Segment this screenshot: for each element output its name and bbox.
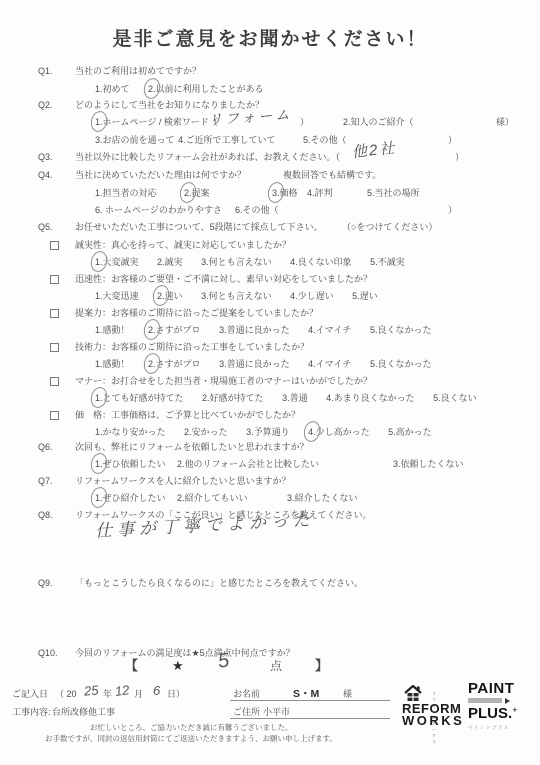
q5-row5-option-1-circled: 1.とても好感が持てた bbox=[95, 392, 184, 404]
brush-stroke-icon bbox=[468, 698, 502, 703]
checkbox-icon bbox=[50, 411, 59, 420]
q5-row3-option-2-circled: 2.さすがプロ bbox=[148, 324, 201, 336]
q7-option-2: 2.紹介してもいい bbox=[177, 492, 248, 504]
q5-row3-option-5: 5.良くなかった bbox=[370, 325, 432, 335]
q7-number: Q7. bbox=[38, 475, 53, 487]
q5-row6-options: 1.かなり安かった 2.安かった 3.予算通り 4.少し高かった 5.高かった bbox=[95, 426, 540, 438]
q5-row1-option-3: 3.何とも言えない bbox=[201, 257, 272, 267]
paint-plus-line1: PAINT bbox=[468, 682, 517, 696]
q5-row2-options: 1.大変迅速 2.速い 3.何とも言えない 4.少し遅い 5.遅い bbox=[95, 290, 540, 302]
q5-row4-option-3: 3.普通に良かった bbox=[219, 359, 290, 369]
q4-option-3-circled: 3.価格 bbox=[272, 187, 298, 199]
reform-works-line2: WORKS bbox=[402, 713, 464, 728]
q5-note: （○をつけてください） bbox=[342, 221, 437, 233]
q2-options-row-1: 1.ホームページ / 検索ワード（ リフォーム ） 2.知人のご紹介（ 様） bbox=[0, 116, 540, 128]
q5-row4-options: 1.感動！ 2.さすがプロ 3.普通に良かった 4.イマイチ 5.良くなかった bbox=[95, 358, 540, 370]
checkbox-icon bbox=[50, 241, 59, 250]
q10-number: Q10. bbox=[38, 647, 58, 659]
q5-row6-option-2: 2.安かった bbox=[184, 427, 228, 437]
q5-row4-label: 技術力：お客様のご期待に沿った工事をしていましたか？ bbox=[75, 341, 309, 353]
date-year-unit: 年 bbox=[103, 688, 112, 700]
arrow-right-icon bbox=[505, 698, 510, 704]
q5-row1-option-1-circled: 1.大変誠実 bbox=[95, 256, 139, 268]
q7-text: リフォームワークスを人に紹介したいと思いますか？ bbox=[75, 475, 290, 487]
name-suffix: 様 bbox=[343, 688, 352, 700]
q6-number: Q6. bbox=[38, 441, 53, 453]
survey-scan-page: 是非ご意見をお聞かせください！ Q1. 当社のご利用は初めてですか？ 1.初めて… bbox=[0, 0, 540, 765]
q7-option-3: 3.紹介したくない bbox=[287, 492, 358, 504]
date-label: ご記入日 bbox=[12, 688, 48, 700]
q9-text: 「もっとこうしたら良くなるのに」と感じたところを教えてください。 bbox=[75, 577, 363, 589]
q6-option-1-circled: 1.ぜひ依頼したい bbox=[95, 458, 166, 470]
q5-row1-label: 誠実性：真心を持って、誠実に対応していましたか？ bbox=[75, 239, 291, 251]
q3-handwritten-answer: 他2社 bbox=[351, 143, 396, 160]
reform-works-logo: リフォームワークス REFORM WORKS bbox=[402, 684, 428, 707]
q5-row4-option-1: 1.感動！ bbox=[95, 359, 130, 369]
q5-row4-option-2-circled: 2.さすがプロ bbox=[148, 358, 201, 370]
q5-row2-option-2-circled: 2.速い bbox=[157, 290, 183, 302]
checkbox-icon bbox=[50, 377, 59, 386]
paint-plus-line2: PLUS. bbox=[468, 705, 512, 722]
q4-note: 複数回答でも結構です。 bbox=[283, 169, 381, 181]
work-value: 台所改修他工事 bbox=[52, 706, 115, 718]
q2-number: Q2. bbox=[38, 99, 53, 111]
q3-close-paren: ） bbox=[455, 151, 464, 163]
q5-row1-option-5: 5.不誠実 bbox=[370, 257, 405, 267]
q6-text: 次回も、弊社にリフォームを依頼したいと思われますか？ bbox=[75, 441, 309, 453]
house-icon bbox=[402, 684, 428, 702]
date-open: （ 20 bbox=[55, 688, 77, 700]
q4-number: Q4. bbox=[38, 169, 53, 181]
q5-row6-option-3: 3.予算通り bbox=[246, 427, 290, 437]
page-title: 是非ご意見をお聞かせください！ bbox=[0, 24, 540, 51]
q2-option-5: 5.その他（ bbox=[303, 134, 347, 146]
q1-option-2-circled: 2.以前に利用したことがある bbox=[148, 83, 264, 95]
q5-row6-option-1: 1.かなり安かった bbox=[95, 427, 166, 437]
q10-open-bracket: 【 bbox=[125, 660, 138, 672]
q5-text: お任せいただいた工事について、5段階にて採点して下さい。 bbox=[75, 221, 323, 233]
q10-handwritten-score: 5 bbox=[217, 654, 230, 667]
date-month-handwritten: 12 bbox=[114, 684, 130, 698]
q5-row5-option-4: 4.あまり良くなかった bbox=[326, 393, 415, 403]
q5-row5-label: マナー：お打合せをした担当者・現場施工者のマナーはいかがでしたか？ bbox=[75, 375, 372, 387]
q5-row1-option-4: 4.良くない印象 bbox=[290, 257, 352, 267]
q2-option-1-circled: 1.ホームページ / 検索ワード（ bbox=[95, 116, 218, 128]
q4-option-2-circled: 2.提案 bbox=[184, 187, 210, 199]
work-label: 工事内容: bbox=[12, 706, 51, 718]
checkbox-icon bbox=[50, 275, 59, 284]
paint-plus-brush-bar bbox=[468, 697, 517, 704]
paint-plus-logo: PAINT PLUS.+ ペイントプラス bbox=[468, 682, 517, 731]
q5-row5-option-2: 2.好感が持てた bbox=[202, 393, 264, 403]
q6-options-row: 1.ぜひ依頼したい 2.他のリフォーム会社と比較したい 3.依頼したくない bbox=[0, 458, 540, 470]
q2-option-2: 2.知人のご紹介（ bbox=[343, 116, 414, 128]
q4-option-1: 1.担当者の対応 bbox=[95, 187, 157, 199]
q10-close-bracket: 】 bbox=[315, 660, 328, 672]
q5-row3-options: 1.感動！ 2.さすがプロ 3.普通に良かった 4.イマイチ 5.良くなかった bbox=[95, 324, 540, 336]
q4-option-5: 5.当社の場所 bbox=[367, 187, 420, 199]
date-day-handwritten: 6 bbox=[153, 685, 160, 697]
name-value: S・M bbox=[293, 688, 319, 700]
q2-option-5-close: ） bbox=[448, 134, 457, 146]
thanks-line-2: お手数ですが、同封の返信用封筒にてご返送いただきますよう、お願い申し上げます。 bbox=[45, 733, 540, 745]
q5-row6-label: 価 格：工事価格は、ご予算と比べていかがでしたか？ bbox=[75, 409, 300, 421]
q9-number: Q9. bbox=[38, 577, 53, 589]
q5-row3-option-3: 3.普通に良かった bbox=[219, 325, 290, 335]
q1-option-1: 1.初めて bbox=[95, 84, 130, 94]
q4-option-7: 6.その他（ bbox=[235, 204, 279, 216]
q5-row5-option-3: 3.普通 bbox=[282, 393, 308, 403]
q10-text: 今回のリフォームの満足度は★5点満点中何点ですか？ bbox=[75, 647, 295, 659]
paint-plus-kana: ペイントプラス bbox=[468, 725, 517, 731]
q5-row2-label: 迅速性：お客様のご要望・ご不満に対し、素早い対応をしていましたか？ bbox=[75, 273, 372, 285]
q1-options-row: 1.初めて 2.以前に利用したことがある bbox=[95, 83, 540, 95]
star-icon: ★ bbox=[172, 660, 184, 672]
address-value: 小平市 bbox=[263, 706, 290, 718]
q6-option-3: 3.依頼したくない bbox=[393, 458, 464, 470]
q5-row5-option-5: 5.良くない bbox=[433, 393, 477, 403]
q5-number: Q5. bbox=[38, 221, 53, 233]
q4-option-4: 4.評判 bbox=[307, 187, 333, 199]
q1-text: 当社のご利用は初めてですか？ bbox=[75, 65, 201, 77]
date-year-handwritten: 25 bbox=[84, 684, 99, 697]
q5-row3-option-1: 1.感動！ bbox=[95, 325, 130, 335]
q7-option-1-circled: 1.ぜひ紹介したい bbox=[95, 492, 166, 504]
q2-option-2-close: 様） bbox=[496, 116, 514, 128]
checkbox-icon bbox=[50, 309, 59, 318]
q2-handwritten-keyword: リフォーム bbox=[208, 108, 293, 126]
q4-text: 当社に決めていただいた理由は何ですか？ bbox=[75, 169, 246, 181]
q6-option-2: 2.他のリフォーム会社と比較したい bbox=[177, 458, 319, 470]
q2-option-4: 4.ご近所で工事していて bbox=[178, 134, 276, 146]
q7-options-row: 1.ぜひ紹介したい 2.紹介してもいい 3.紹介したくない bbox=[0, 492, 540, 504]
q10-unit: 点 bbox=[270, 660, 282, 672]
q4-options-row-1: 1.担当者の対応 2.提案 3.価格 4.評判 5.当社の場所 bbox=[0, 187, 540, 199]
date-day-unit: 日） bbox=[167, 688, 185, 700]
q5-row1-option-2: 2.誠実 bbox=[157, 257, 183, 267]
q5-row1-options: 1.大変誠実 2.誠実 3.何とも言えない 4.良くない印象 5.不誠実 bbox=[95, 256, 540, 268]
address-underline bbox=[230, 718, 390, 719]
q2-option-3: 3.お店の前を通って bbox=[95, 134, 175, 146]
address-label: ご住所 bbox=[233, 706, 260, 718]
q2-option-1-close: ） bbox=[300, 116, 309, 128]
q5-row5-options: 1.とても好感が持てた 2.好感が持てた 3.普通 4.あまり良くなかった 5.… bbox=[95, 392, 540, 404]
q5-row2-option-4: 4.少し遅い bbox=[290, 291, 334, 301]
paint-plus-line2-wrap: PLUS.+ bbox=[468, 705, 517, 723]
q4-option-7-close: ） bbox=[448, 204, 457, 216]
q1-number: Q1. bbox=[38, 65, 53, 77]
date-month-unit: 月 bbox=[134, 688, 143, 700]
q5-row2-option-1: 1.大変迅速 bbox=[95, 291, 139, 301]
q5-row6-option-5: 5.高かった bbox=[388, 427, 432, 437]
q5-row3-label: 提案力：お客様のご期待に沿ったご提案をしていましたか？ bbox=[75, 307, 318, 319]
q5-row2-option-3: 3.何とも言えない bbox=[201, 291, 272, 301]
checkbox-icon bbox=[50, 343, 59, 352]
q5-row3-option-4: 4.イマイチ bbox=[308, 325, 351, 335]
q3-number: Q3. bbox=[38, 151, 53, 163]
q5-row4-option-5: 5.良くなかった bbox=[370, 359, 432, 369]
q8-number: Q8. bbox=[38, 509, 53, 521]
name-underline bbox=[230, 700, 390, 701]
q3-text: 当社以外に比較したリフォーム会社があれば、お教えください。（ bbox=[75, 151, 340, 163]
name-label: お名前 bbox=[233, 688, 260, 700]
q4-option-6: 6. ホームページのわかりやすさ bbox=[95, 204, 222, 216]
q5-row4-option-4: 4.イマイチ bbox=[308, 359, 351, 369]
plus-mark: + bbox=[512, 705, 517, 715]
q5-row2-option-5: 5.遅い bbox=[352, 291, 378, 301]
q5-row6-option-4-circled: 4.少し高かった bbox=[308, 426, 370, 438]
